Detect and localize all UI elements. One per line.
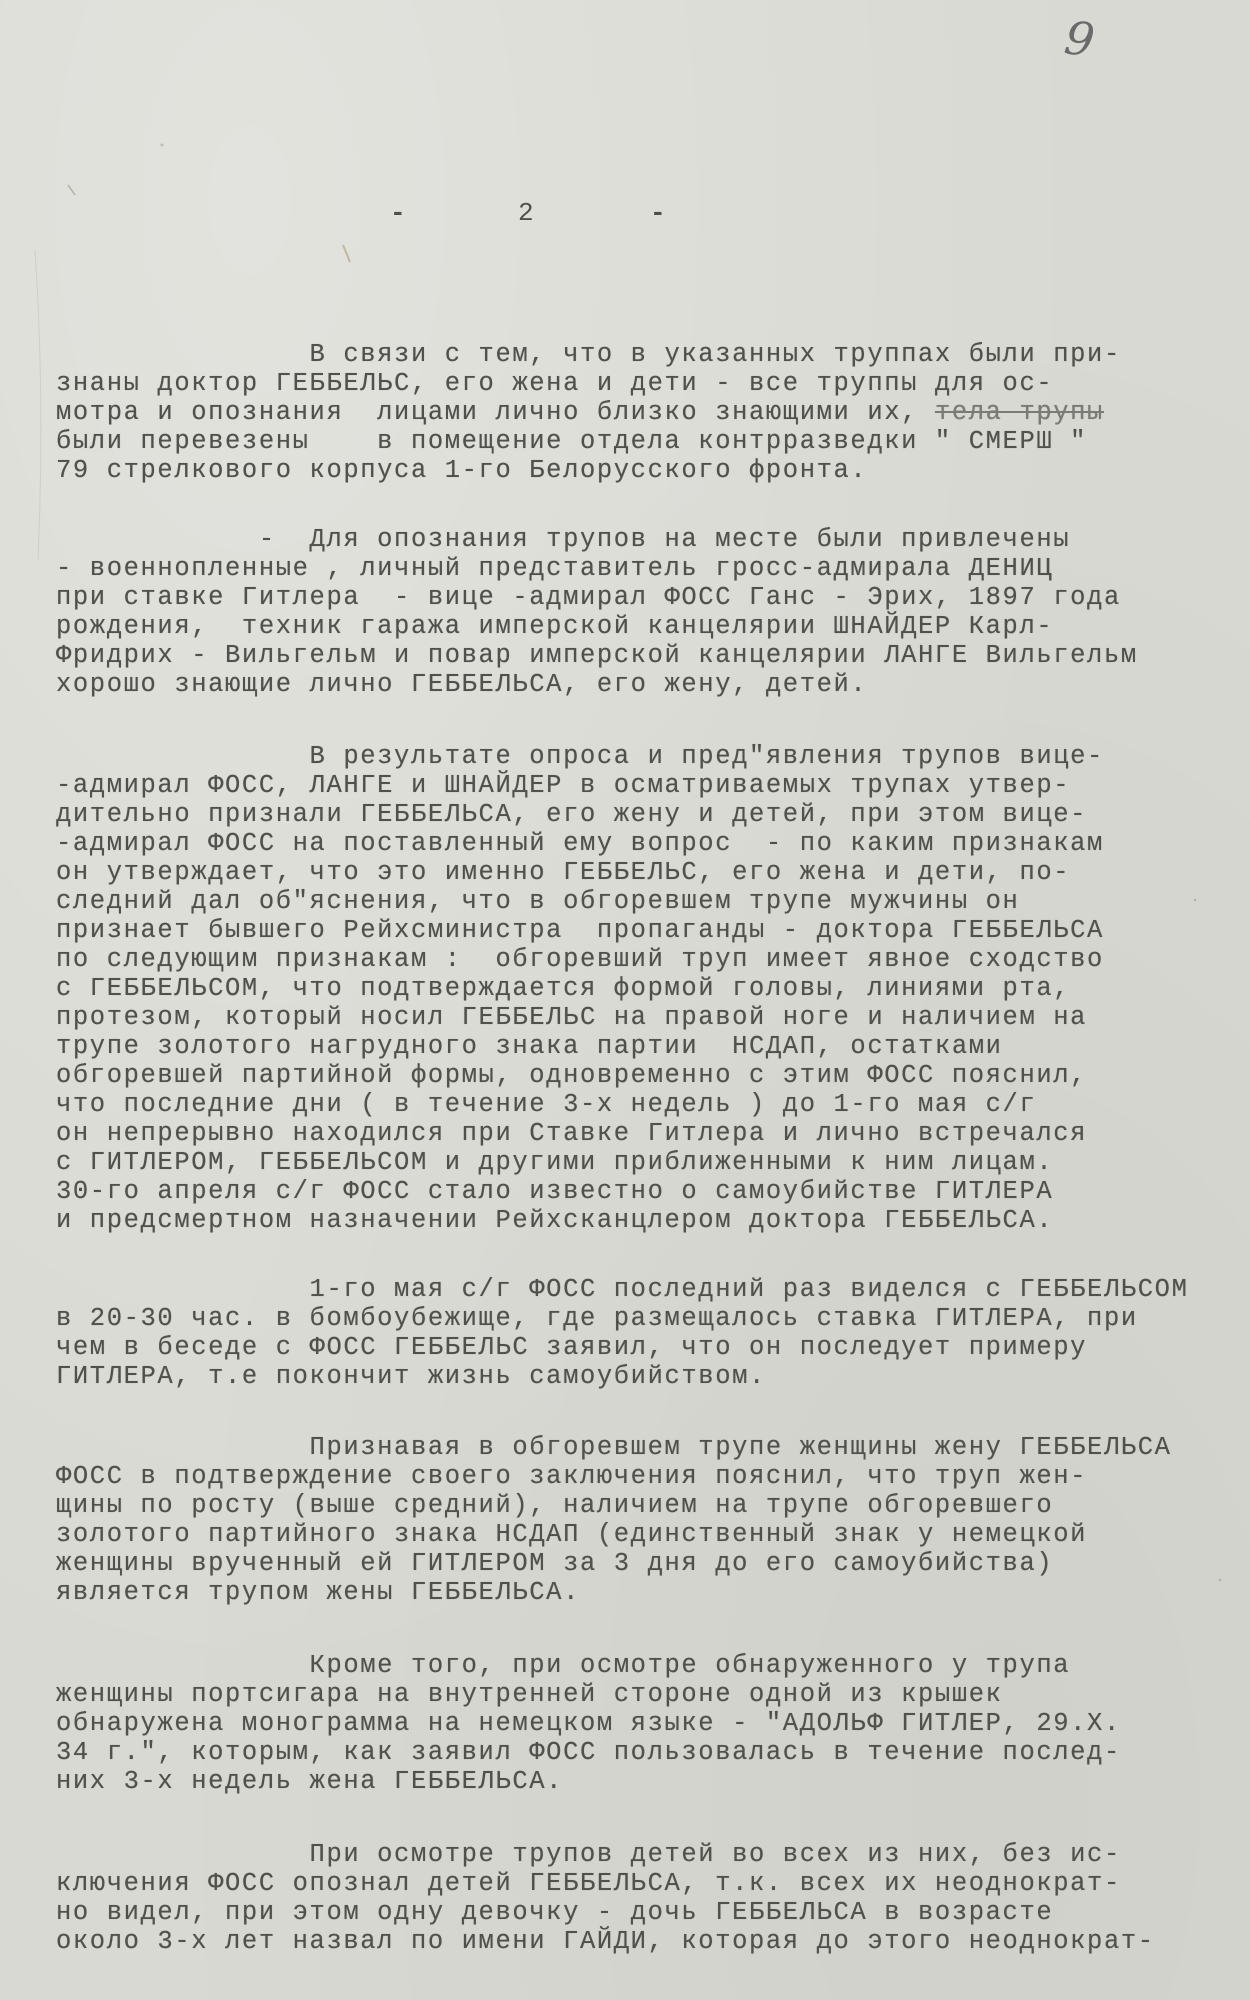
- header-dash-left: -: [390, 198, 408, 228]
- paragraph-identification-results: В результате опроса и пред"явления трупо…: [56, 742, 1236, 1235]
- text-line: признает бывшего Рейхсминистра пропаганд…: [56, 916, 1236, 945]
- text-line: что последние дни ( в течение 3-х недель…: [56, 1090, 1236, 1119]
- text-line: 79 стрелкового корпуса 1-го Белорусского…: [56, 456, 1236, 485]
- text-line: -адмирал ФОСС на поставленный ему вопрос…: [56, 829, 1236, 858]
- text-line: Кроме того, при осмотре обнаруженного у …: [56, 1651, 1236, 1680]
- text-line: с ГИТЛЕРОМ, ГЕББЕЛЬСОМ и другими приближ…: [56, 1148, 1236, 1177]
- text-line: - военнопленные , личный представитель г…: [56, 554, 1236, 583]
- text-line: хорошо знающие лично ГЕББЕЛЬСА, его жену…: [56, 670, 1236, 699]
- paragraph-wife-identification: Признавая в обгоревшем трупе женщины жен…: [56, 1433, 1236, 1607]
- text-line: - Для опознания трупов на месте были при…: [56, 525, 1236, 554]
- header-dash-right: -: [650, 198, 668, 228]
- text-line: При осмотре трупов детей во всех из них,…: [56, 1840, 1236, 1869]
- text-line: 1-го мая с/г ФОСС последний раз виделся …: [56, 1275, 1236, 1304]
- text-line: Признавая в обгоревшем трупе женщины жен…: [56, 1433, 1236, 1462]
- text-line: дительно признали ГЕББЕЛЬСА, его жену и …: [56, 800, 1236, 829]
- header-page-number: 2: [518, 198, 536, 228]
- paragraph-cigarette-case: Кроме того, при осмотре обнаруженного у …: [56, 1651, 1236, 1796]
- text-line: и предсмертном назначении Рейхсканцлером…: [56, 1206, 1236, 1235]
- text-line: золотого партийного знака НСДАП (единств…: [56, 1520, 1236, 1549]
- text-line: Фридрих - Вильгельм и повар имперской ка…: [56, 641, 1236, 670]
- text-line: обнаружена монограмма на немецком языке …: [56, 1709, 1236, 1738]
- text-line: щины по росту (выше средний), наличием н…: [56, 1491, 1236, 1520]
- paragraph-last-meeting: 1-го мая с/г ФОСС последний раз виделся …: [56, 1275, 1236, 1391]
- text-line: но видел, при этом одну девочку - дочь Г…: [56, 1898, 1236, 1927]
- text-line: 30-го апреля с/г ФОСС стало известно о с…: [56, 1177, 1236, 1206]
- paragraph-transport-of-bodies: В связи с тем, что в указанных труппах б…: [56, 340, 1236, 485]
- text-line: протезом, который носил ГЕББЕЛЬС на прав…: [56, 1003, 1236, 1032]
- text-line: в 20-30 час. в бомбоубежище, где размеща…: [56, 1304, 1236, 1333]
- text-line: знаны доктор ГЕББЕЛЬС, его жена и дети -…: [56, 369, 1236, 398]
- text-line: женщины портсигара на внутренней стороне…: [56, 1680, 1236, 1709]
- document-page: 9 - 2 - В связи с тем, что в указанных т…: [0, 0, 1250, 2000]
- text-line: женщины врученный ей ГИТЛЕРОМ за 3 дня д…: [56, 1549, 1236, 1578]
- text-line: рождения, техник гаража имперской канцел…: [56, 612, 1236, 641]
- text-line: ключения ФОСС опознал детей ГЕББЕЛЬСА, т…: [56, 1869, 1236, 1898]
- text-line: следний дал об"яснения, что в обгоревшем…: [56, 887, 1236, 916]
- text-line: по следующим признакам : обгоревший труп…: [56, 945, 1236, 974]
- text-line: В связи с тем, что в указанных труппах б…: [56, 340, 1236, 369]
- text-line: обгоревшей партийной формы, одновременно…: [56, 1061, 1236, 1090]
- text-line: ГИТЛЕРА, т.е покончит жизнь самоубийство…: [56, 1362, 1236, 1391]
- text-line: трупе золотого нагрудного знака партии Н…: [56, 1032, 1236, 1061]
- text-line: он непрерывно находился при Ставке Гитле…: [56, 1119, 1236, 1148]
- handwritten-page-number: 9: [1061, 10, 1098, 68]
- text-line: чем в беседе с ФОСС ГЕББЕЛЬС заявил, что…: [56, 1333, 1236, 1362]
- struck-text: тела трупы: [935, 398, 1104, 427]
- text-line: является трупом жены ГЕББЕЛЬСА.: [56, 1578, 1236, 1607]
- text-line: около 3-х лет назвал по имени ГАЙДИ, кот…: [56, 1927, 1236, 1956]
- text-line: ФОСС в подтверждение своего заключения п…: [56, 1462, 1236, 1491]
- text-line: он утверждает, что это именно ГЕББЕЛЬС, …: [56, 858, 1236, 887]
- text-line: -адмирал ФОСС, ЛАНГЕ и ШНАЙДЕР в осматри…: [56, 771, 1236, 800]
- text-line: них 3-х недель жена ГЕББЕЛЬСА.: [56, 1767, 1236, 1796]
- text-line: 34 г.", которым, как заявил ФОСС пользов…: [56, 1738, 1236, 1767]
- text-line: мотра и опознания лицами лично близко зн…: [56, 398, 1236, 427]
- document-body: В связи с тем, что в указанных труппах б…: [56, 340, 1236, 1956]
- paragraph-identification-witnesses: - Для опознания трупов на месте были при…: [56, 525, 1236, 699]
- text-line: при ставке Гитлера - вице -адмирал ФОСС …: [56, 583, 1236, 612]
- text-line: с ГЕББЕЛЬСОМ, что подтверждается формой …: [56, 974, 1236, 1003]
- text-line: В результате опроса и пред"явления трупо…: [56, 742, 1236, 771]
- text-line: были перевезены в помещение отдела контр…: [56, 427, 1236, 456]
- paragraph-children-identification: При осмотре трупов детей во всех из них,…: [56, 1840, 1236, 1956]
